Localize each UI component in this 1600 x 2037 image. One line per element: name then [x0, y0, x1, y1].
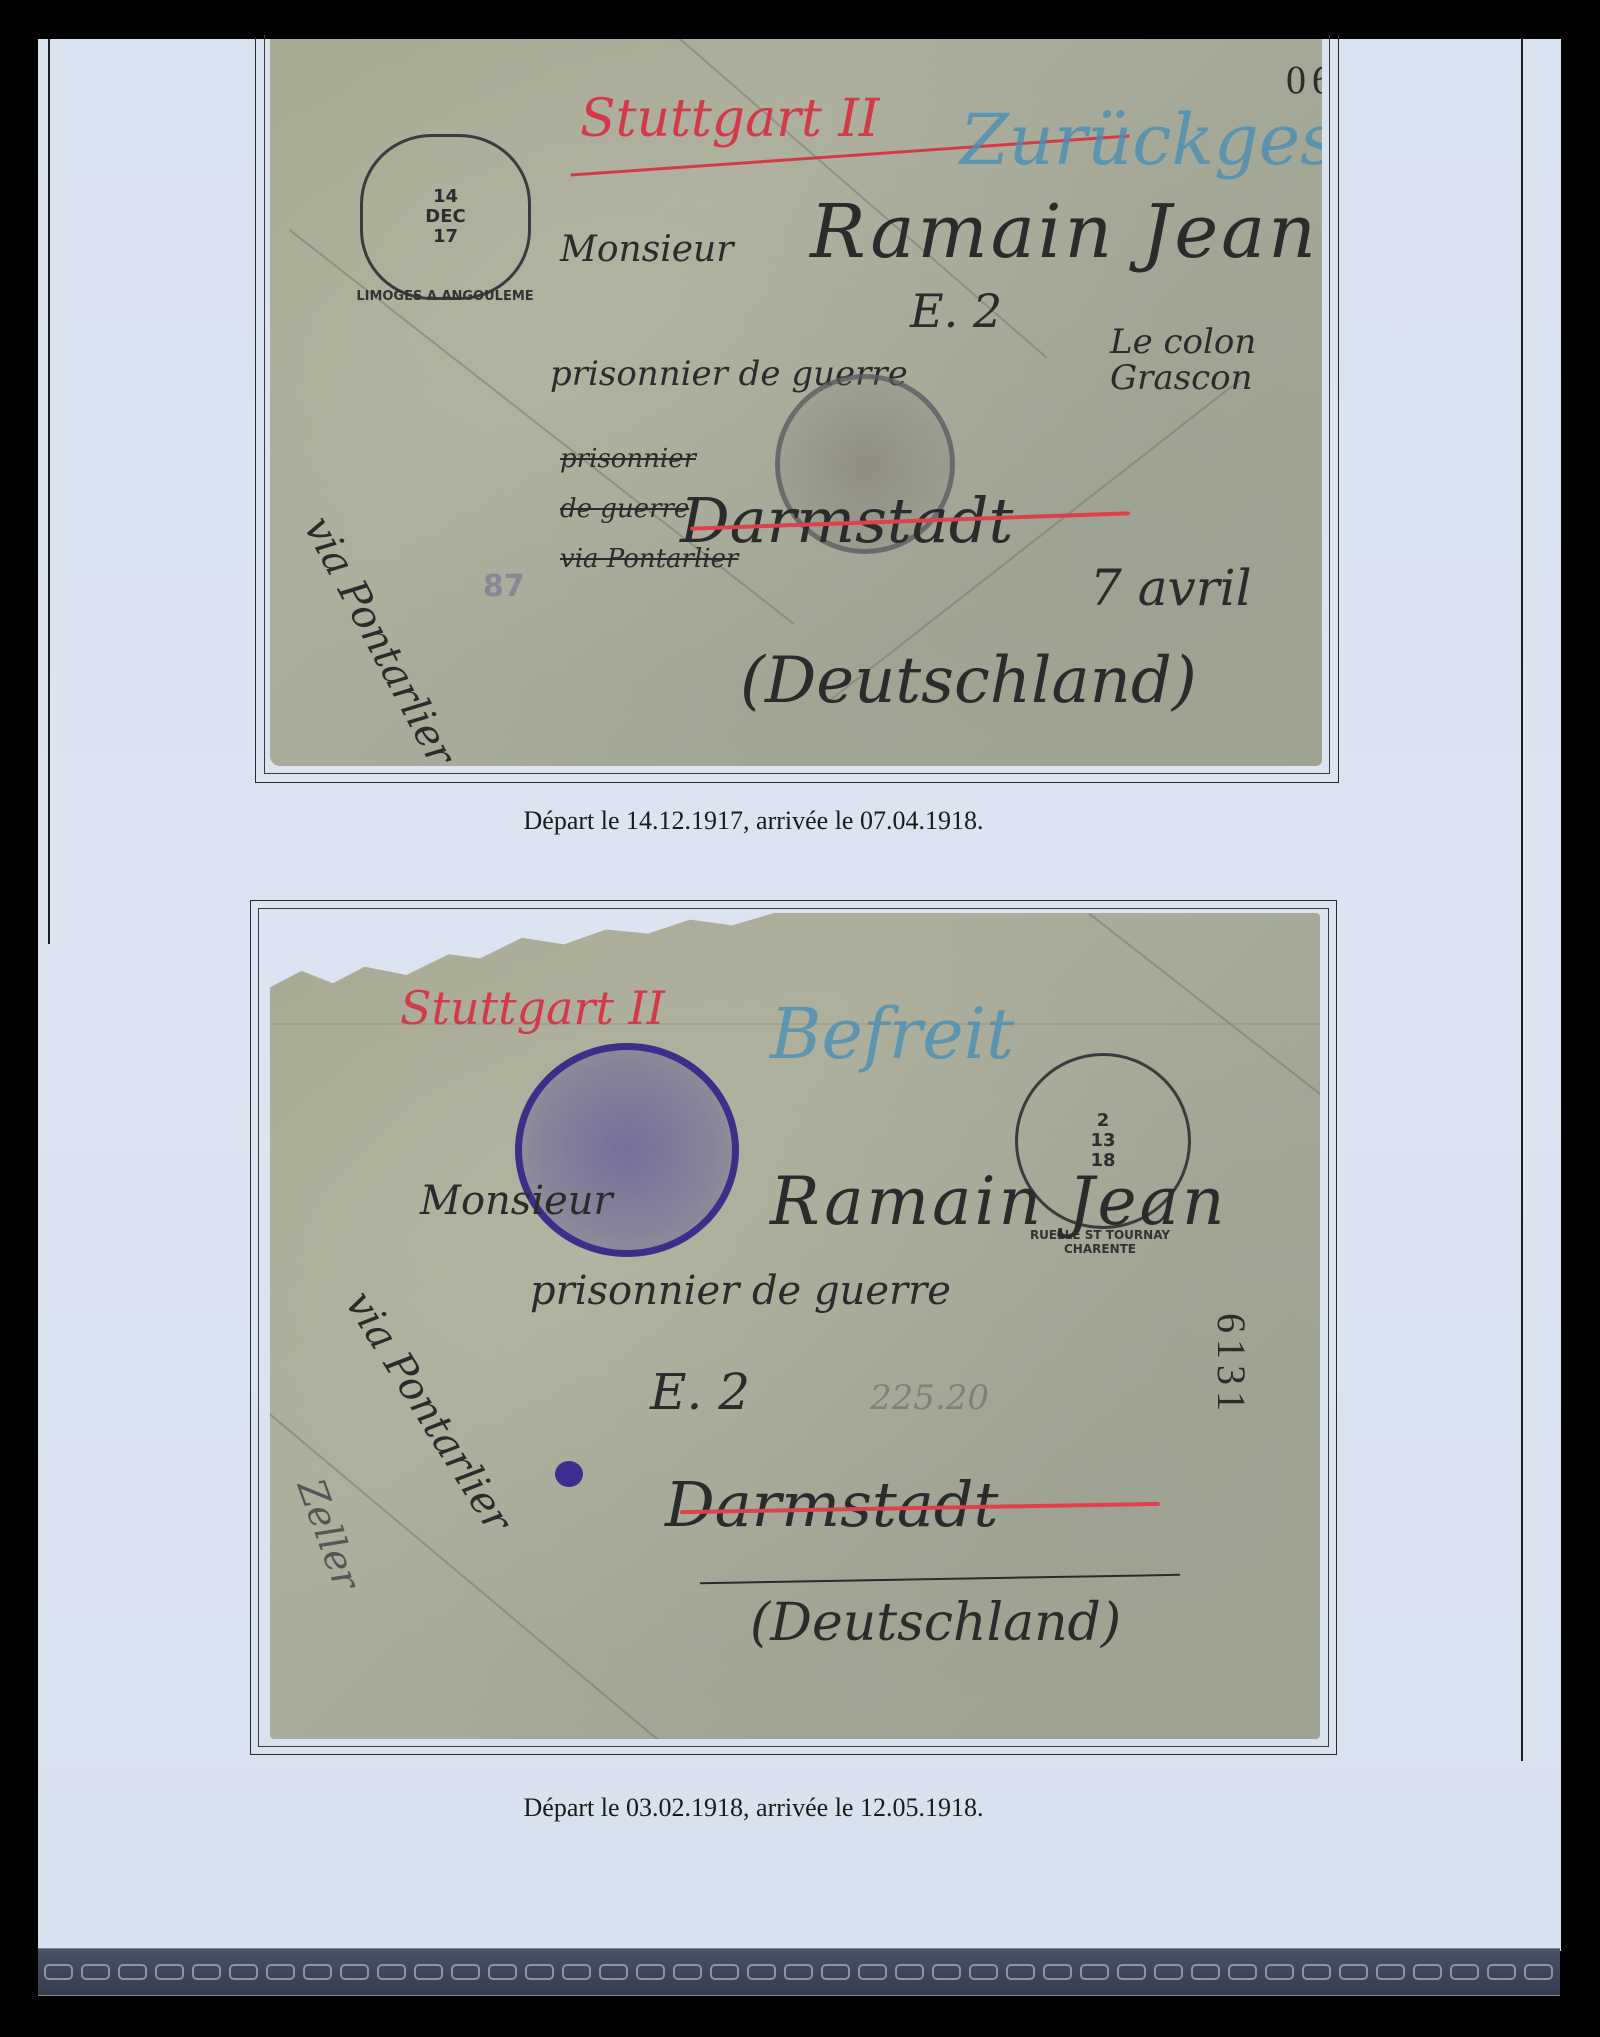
envelope-1[interactable]: 14 DEC 17 LIMOGES A ANGOULEME Stuttgart … [270, 39, 1322, 766]
postmark-day: 14 [433, 187, 458, 207]
faded-number: 225.20 [870, 1378, 989, 1418]
binder-hole [44, 1964, 73, 1980]
binder-hole [1413, 1964, 1442, 1980]
binder-hole [525, 1964, 554, 1980]
binder-hole [1376, 1964, 1405, 1980]
binder-hole [1154, 1964, 1183, 1980]
binder-hole [1265, 1964, 1294, 1980]
address-country: (Deutschland) [750, 1593, 1121, 1653]
binder-hole [969, 1964, 998, 1980]
underline [700, 1574, 1180, 1584]
cover-2-caption: Départ le 03.02.1918, arrivée le 12.05.1… [0, 1793, 1515, 1823]
binder-hole [1228, 1964, 1257, 1980]
binder-strip [38, 1948, 1560, 1996]
binder-hole [1339, 1964, 1368, 1980]
red-annotation: Stuttgart II [400, 981, 665, 1035]
violet-ink-spot [555, 1461, 583, 1487]
crossed-line-2: de guerre [560, 494, 689, 524]
address-salutation: Monsieur [560, 229, 733, 270]
binder-hole [821, 1964, 850, 1980]
binder-hole [1302, 1964, 1331, 1980]
binder-hole [414, 1964, 443, 1980]
postmark-text: LIMOGES A ANGOULEME [350, 289, 540, 304]
binder-hole [1080, 1964, 1109, 1980]
binder-hole [1191, 1964, 1220, 1980]
binder-hole [1117, 1964, 1146, 1980]
binder-hole [192, 1964, 221, 1980]
address-salutation: Monsieur [420, 1178, 613, 1224]
binder-hole [303, 1964, 332, 1980]
binder-hole [858, 1964, 887, 1980]
binder-hole [932, 1964, 961, 1980]
binder-hole [118, 1964, 147, 1980]
binder-hole [155, 1964, 184, 1980]
routing-note: via Pontarlier [294, 509, 463, 766]
binder-hole [377, 1964, 406, 1980]
address-note-right: Le colon Grascon [1110, 324, 1310, 396]
binder-hole [81, 1964, 110, 1980]
binder-hole [488, 1964, 517, 1980]
binder-hole [636, 1964, 665, 1980]
binder-hole [340, 1964, 369, 1980]
reference-number: 3990 [1280, 57, 1322, 104]
binder-hole [1006, 1964, 1035, 1980]
censor-seal-violet [515, 1043, 739, 1257]
binder-hole [784, 1964, 813, 1980]
binder-hole [747, 1964, 776, 1980]
binder-hole [266, 1964, 295, 1980]
postmark-month: 2 [1097, 1111, 1110, 1131]
postmark-limoges: 14 DEC 17 [360, 134, 531, 300]
blue-annotation: Zurückgesandt [960, 99, 1322, 181]
binder-hole [710, 1964, 739, 1980]
arrival-note: 7 avril [1090, 559, 1252, 617]
address-unit: E. 2 [650, 1363, 750, 1421]
binder-hole [673, 1964, 702, 1980]
binder-hole [1487, 1964, 1516, 1980]
binder-hole [895, 1964, 924, 1980]
postmark-day: 13 [1090, 1131, 1115, 1151]
envelope-2[interactable]: Stuttgart II Befreit 2 13 18 RUELLE ST T… [270, 913, 1320, 1739]
postmark-year: 17 [433, 227, 458, 247]
red-annotation: Stuttgart II [580, 89, 879, 149]
cover-1-caption: Départ le 14.12.1917, arrivée le 07.04.1… [0, 806, 1515, 836]
postmark-month: DEC [425, 207, 465, 227]
binder-hole [1524, 1964, 1553, 1980]
address-unit: E. 2 [910, 284, 1002, 338]
page-border-right [1521, 39, 1523, 1761]
faded-number: 87 [483, 569, 525, 604]
binder-hole [562, 1964, 591, 1980]
binder-hole [451, 1964, 480, 1980]
side-note: Zeller [289, 1473, 369, 1595]
address-status: prisonnier de guerre [530, 1268, 951, 1314]
address-country: (Deutschland) [740, 644, 1197, 718]
crossed-line-1: prisonnier [560, 444, 696, 474]
binder-hole [229, 1964, 258, 1980]
binder-hole [1043, 1964, 1072, 1980]
binder-hole [1450, 1964, 1479, 1980]
album-page: 14 DEC 17 LIMOGES A ANGOULEME Stuttgart … [38, 39, 1561, 1951]
reference-number: 6131 [1208, 1313, 1255, 1417]
address-name: Ramain Jean [810, 189, 1319, 275]
routing-note: via Pontarlier [336, 1283, 520, 1540]
address-name: Ramain Jean [770, 1163, 1227, 1240]
blue-annotation: Befreit [770, 993, 1014, 1075]
binder-hole [599, 1964, 628, 1980]
